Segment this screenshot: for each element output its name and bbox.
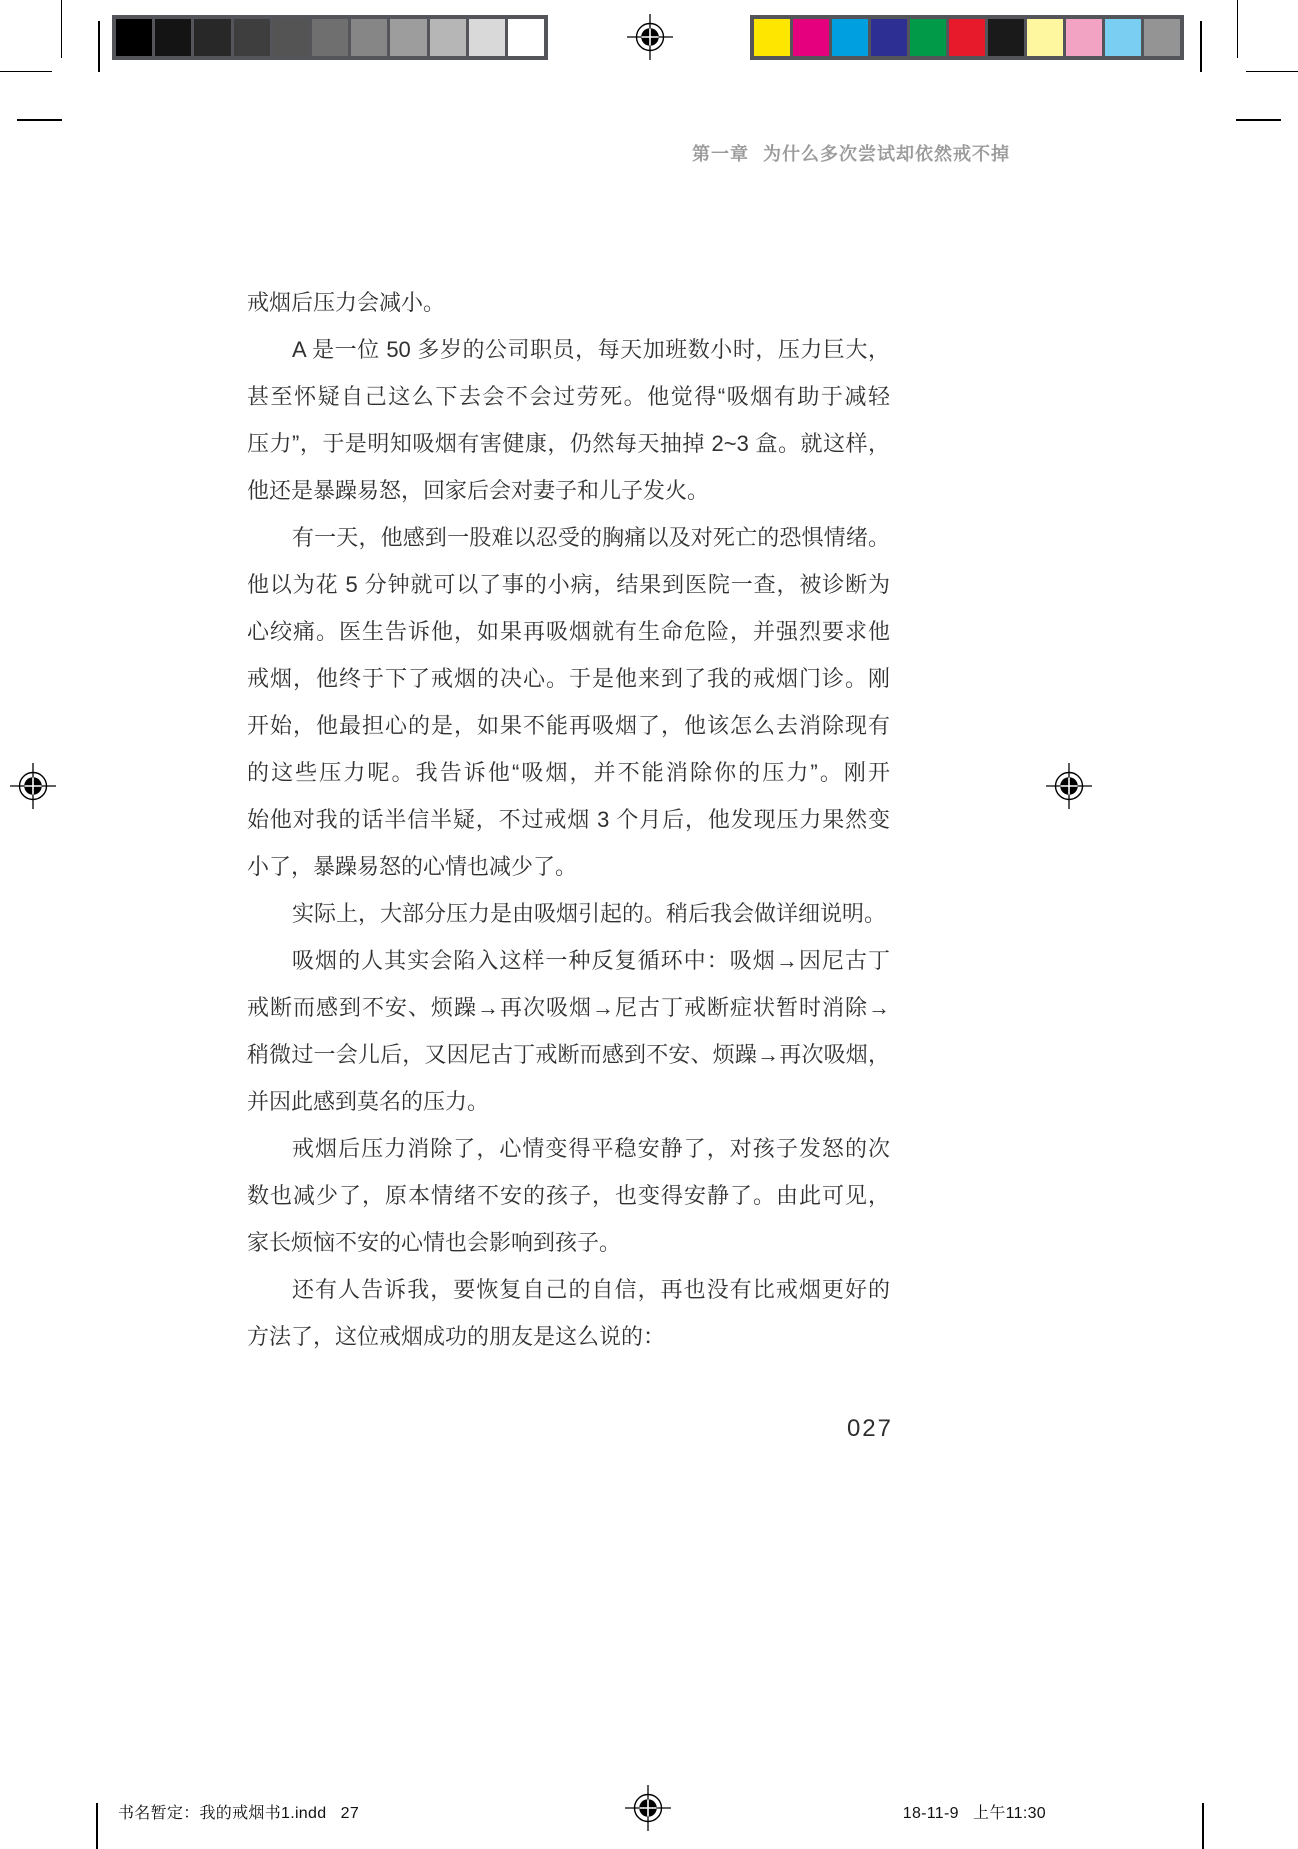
color-swatch	[1027, 19, 1063, 56]
grayscale-swatch	[234, 19, 270, 56]
body-text-line: 还有人告诉我，要恢复自己的自信，再也没有比戒烟更好的	[247, 1266, 890, 1313]
color-calibration-bar	[750, 15, 1184, 60]
document-slug: 书名暂定：我的戒烟书1.indd 27	[118, 1800, 359, 1823]
color-swatch	[793, 19, 829, 56]
chapter-number: 第一章	[692, 141, 749, 167]
body-text-line: 数也减少了，原本情绪不安的孩子，也变得安静了。由此可见，	[247, 1172, 890, 1219]
chapter-running-head: 第一章 为什么多次尝试却依然戒不掉	[692, 141, 1010, 167]
body-text-line: 戒断而感到不安、烦躁→再次吸烟→尼古丁戒断症状暂时消除→	[247, 984, 890, 1031]
registration-mark-icon	[9, 762, 57, 810]
body-text-line: 小了，暴躁易怒的心情也减少了。	[247, 843, 890, 890]
registration-mark-icon	[626, 13, 674, 61]
registration-mark-icon	[624, 1784, 672, 1832]
color-swatch	[754, 19, 790, 56]
body-text-line: 压力”，于是明知吸烟有害健康，仍然每天抽掉 2~3 盒。就这样，	[247, 420, 890, 467]
grayscale-swatch	[312, 19, 348, 56]
color-swatch	[949, 19, 985, 56]
color-swatch	[832, 19, 868, 56]
trim-mark	[96, 1803, 98, 1849]
trim-mark	[98, 21, 100, 72]
body-text-line: 的这些压力呢。我告诉他“吸烟，并不能消除你的压力”。刚开	[247, 749, 890, 796]
body-text-line: 有一天，他感到一股难以忍受的胸痛以及对死亡的恐惧情绪。	[247, 514, 890, 561]
grayscale-swatch	[116, 19, 152, 56]
grayscale-swatch	[273, 19, 309, 56]
grayscale-swatch	[390, 19, 426, 56]
body-text-line: 并因此感到莫名的压力。	[247, 1078, 890, 1125]
registration-mark-icon	[1045, 762, 1093, 810]
body-text-line: 吸烟的人其实会陷入这样一种反复循环中：吸烟→因尼古丁	[247, 937, 890, 984]
chapter-title: 为什么多次尝试却依然戒不掉	[763, 141, 1010, 167]
body-text-line: 稍微过一会儿后，又因尼古丁戒断而感到不安、烦躁→再次吸烟，	[247, 1031, 890, 1078]
body-text-line: 开始，他最担心的是，如果不能再吸烟了，他该怎么去消除现有	[247, 702, 890, 749]
grayscale-calibration-bar	[112, 15, 548, 60]
grayscale-swatch	[430, 19, 466, 56]
trim-mark	[1246, 71, 1298, 72]
page-number: 027	[847, 1415, 893, 1443]
body-text-line: 心绞痛。医生告诉他，如果再吸烟就有生命危险，并强烈要求他	[247, 608, 890, 655]
grayscale-swatch	[194, 19, 230, 56]
trim-mark	[1237, 0, 1238, 58]
body-text-line: 方法了，这位戒烟成功的朋友是这么说的：	[247, 1313, 890, 1360]
grayscale-swatch	[155, 19, 191, 56]
body-text-line: 戒烟后压力消除了，心情变得平稳安静了，对孩子发怒的次	[247, 1125, 890, 1172]
body-text-line: 他还是暴躁易怒，回家后会对妻子和儿子发火。	[247, 467, 890, 514]
color-swatch	[871, 19, 907, 56]
grayscale-swatch	[351, 19, 387, 56]
trim-mark	[1200, 21, 1202, 72]
color-swatch	[1105, 19, 1141, 56]
body-text-line: 戒烟，他终于下了戒烟的决心。于是他来到了我的戒烟门诊。刚	[247, 655, 890, 702]
body-text: 戒烟后压力会减小。 A 是一位 50 多岁的公司职员，每天加班数小时，压力巨大，…	[247, 279, 890, 1360]
color-swatch	[988, 19, 1024, 56]
body-text-line: 甚至怀疑自己这么下去会不会过劳死。他觉得“吸烟有助于减轻	[247, 373, 890, 420]
trim-mark	[1236, 119, 1281, 121]
color-swatch	[1066, 19, 1102, 56]
color-swatch	[1144, 19, 1180, 56]
grayscale-swatch	[508, 19, 544, 56]
grayscale-swatch	[469, 19, 505, 56]
body-text-line: A 是一位 50 多岁的公司职员，每天加班数小时，压力巨大，	[247, 326, 890, 373]
trim-mark	[0, 71, 52, 72]
body-text-line: 始他对我的话半信半疑，不过戒烟 3 个月后，他发现压力果然变	[247, 796, 890, 843]
color-swatch	[910, 19, 946, 56]
body-text-line: 他以为花 5 分钟就可以了事的小病，结果到医院一查，被诊断为	[247, 561, 890, 608]
trim-mark	[1202, 1803, 1204, 1849]
trim-mark	[17, 119, 62, 121]
body-text-line: 家长烦恼不安的心情也会影响到孩子。	[247, 1219, 890, 1266]
proof-timestamp: 18-11-9 上午11:30	[903, 1800, 1046, 1823]
body-text-line: 实际上，大部分压力是由吸烟引起的。稍后我会做详细说明。	[247, 890, 890, 937]
book-proof-page: 第一章 为什么多次尝试却依然戒不掉 戒烟后压力会减小。 A 是一位 50 多岁的…	[0, 0, 1298, 1849]
trim-mark	[61, 0, 62, 58]
body-text-line: 戒烟后压力会减小。	[247, 279, 890, 326]
